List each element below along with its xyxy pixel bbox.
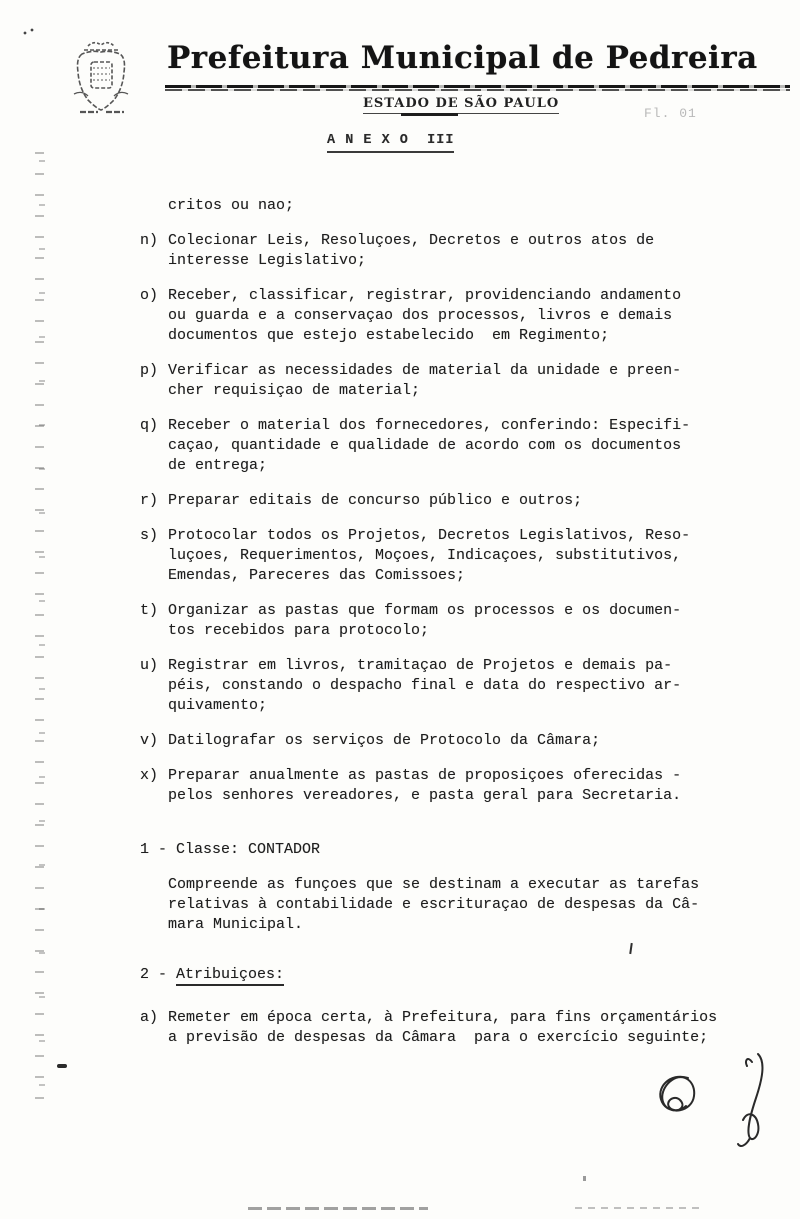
classe-description: Compreende as funçoes que se destinam a … bbox=[168, 875, 740, 935]
item-text: Protocolar todos os Projetos, Decretos L… bbox=[168, 526, 690, 586]
item-text: Receber, classificar, registrar, provide… bbox=[168, 286, 681, 346]
left-margin-scan-artifacts-2 bbox=[39, 160, 45, 1100]
list-item-n: n) Colecionar Leis, Resoluçoes, Decretos… bbox=[140, 231, 740, 271]
subtitle-underline-bar bbox=[401, 113, 458, 116]
left-margin-scan-artifacts bbox=[35, 152, 44, 1107]
list-item-q: q) Receber o material dos fornecedores, … bbox=[140, 416, 740, 476]
page-title: Prefeitura Municipal de Pedreira bbox=[167, 40, 758, 76]
item-marker: x) bbox=[140, 766, 168, 806]
item-text: Datilografar os serviços de Protocolo da… bbox=[168, 731, 600, 751]
atribuicoes-title: Atribuiçoes: bbox=[176, 966, 284, 986]
item-text: Organizar as pastas que formam os proces… bbox=[168, 601, 681, 641]
item-marker: q) bbox=[140, 416, 168, 476]
item-text: Registrar em livros, tramitaçao de Proje… bbox=[168, 656, 681, 716]
state-subtitle: ESTADO DE SÃO PAULO bbox=[363, 96, 559, 114]
list-item-p: p) Verificar as necessidades de material… bbox=[140, 361, 740, 401]
list-item-u: u) Registrar em livros, tramitaçao de Pr… bbox=[140, 656, 740, 716]
top-left-specks bbox=[22, 28, 36, 36]
document-body: critos ou nao; n) Colecionar Leis, Resol… bbox=[140, 196, 740, 1063]
municipal-coat-of-arms-icon bbox=[68, 38, 134, 120]
classe-heading: 1 - Classe: CONTADOR bbox=[140, 840, 740, 860]
item-marker: n) bbox=[140, 231, 168, 271]
list-item-x: x) Preparar anualmente as pastas de prop… bbox=[140, 766, 740, 806]
atribuicoes-heading: 2 - Atribuiçoes: bbox=[140, 965, 740, 985]
list-item-t: t) Organizar as pastas que formam os pro… bbox=[140, 601, 740, 641]
atribuicoes-prefix: 2 - bbox=[140, 966, 176, 983]
item-text: Colecionar Leis, Resoluçoes, Decretos e … bbox=[168, 231, 654, 271]
item-text: Verificar as necessidades de material da… bbox=[168, 361, 681, 401]
item-marker: t) bbox=[140, 601, 168, 641]
bottom-edge-tick bbox=[583, 1176, 586, 1181]
item-marker: r) bbox=[140, 491, 168, 511]
list-item-s: s) Protocolar todos os Projetos, Decreto… bbox=[140, 526, 740, 586]
scanned-document-page: Prefeitura Municipal de Pedreira ESTADO … bbox=[0, 0, 800, 1219]
left-margin-ink-mark bbox=[57, 1064, 67, 1068]
item-marker: v) bbox=[140, 731, 168, 751]
bottom-edge-artifact-line-2 bbox=[575, 1207, 705, 1209]
continuation-line: critos ou nao; bbox=[168, 196, 740, 216]
list-item-o: o) Receber, classificar, registrar, prov… bbox=[140, 286, 740, 346]
item-marker: o) bbox=[140, 286, 168, 346]
annex-title: A N E X O III bbox=[327, 133, 454, 153]
handwritten-initials bbox=[600, 1040, 800, 1160]
title-divider bbox=[165, 85, 790, 91]
folio-number: Fl. 01 bbox=[644, 106, 697, 121]
item-marker: p) bbox=[140, 361, 168, 401]
item-text: Preparar editais de concurso público e o… bbox=[168, 491, 582, 511]
item-marker: u) bbox=[140, 656, 168, 716]
list-item-v: v) Datilografar os serviços de Protocolo… bbox=[140, 731, 740, 751]
item-text: Receber o material dos fornecedores, con… bbox=[168, 416, 690, 476]
bottom-edge-artifact-line bbox=[248, 1207, 428, 1210]
item-text: Preparar anualmente as pastas de proposi… bbox=[168, 766, 681, 806]
item-marker: a) bbox=[140, 1008, 168, 1048]
item-marker: s) bbox=[140, 526, 168, 586]
list-item-r: r) Preparar editais de concurso público … bbox=[140, 491, 740, 511]
